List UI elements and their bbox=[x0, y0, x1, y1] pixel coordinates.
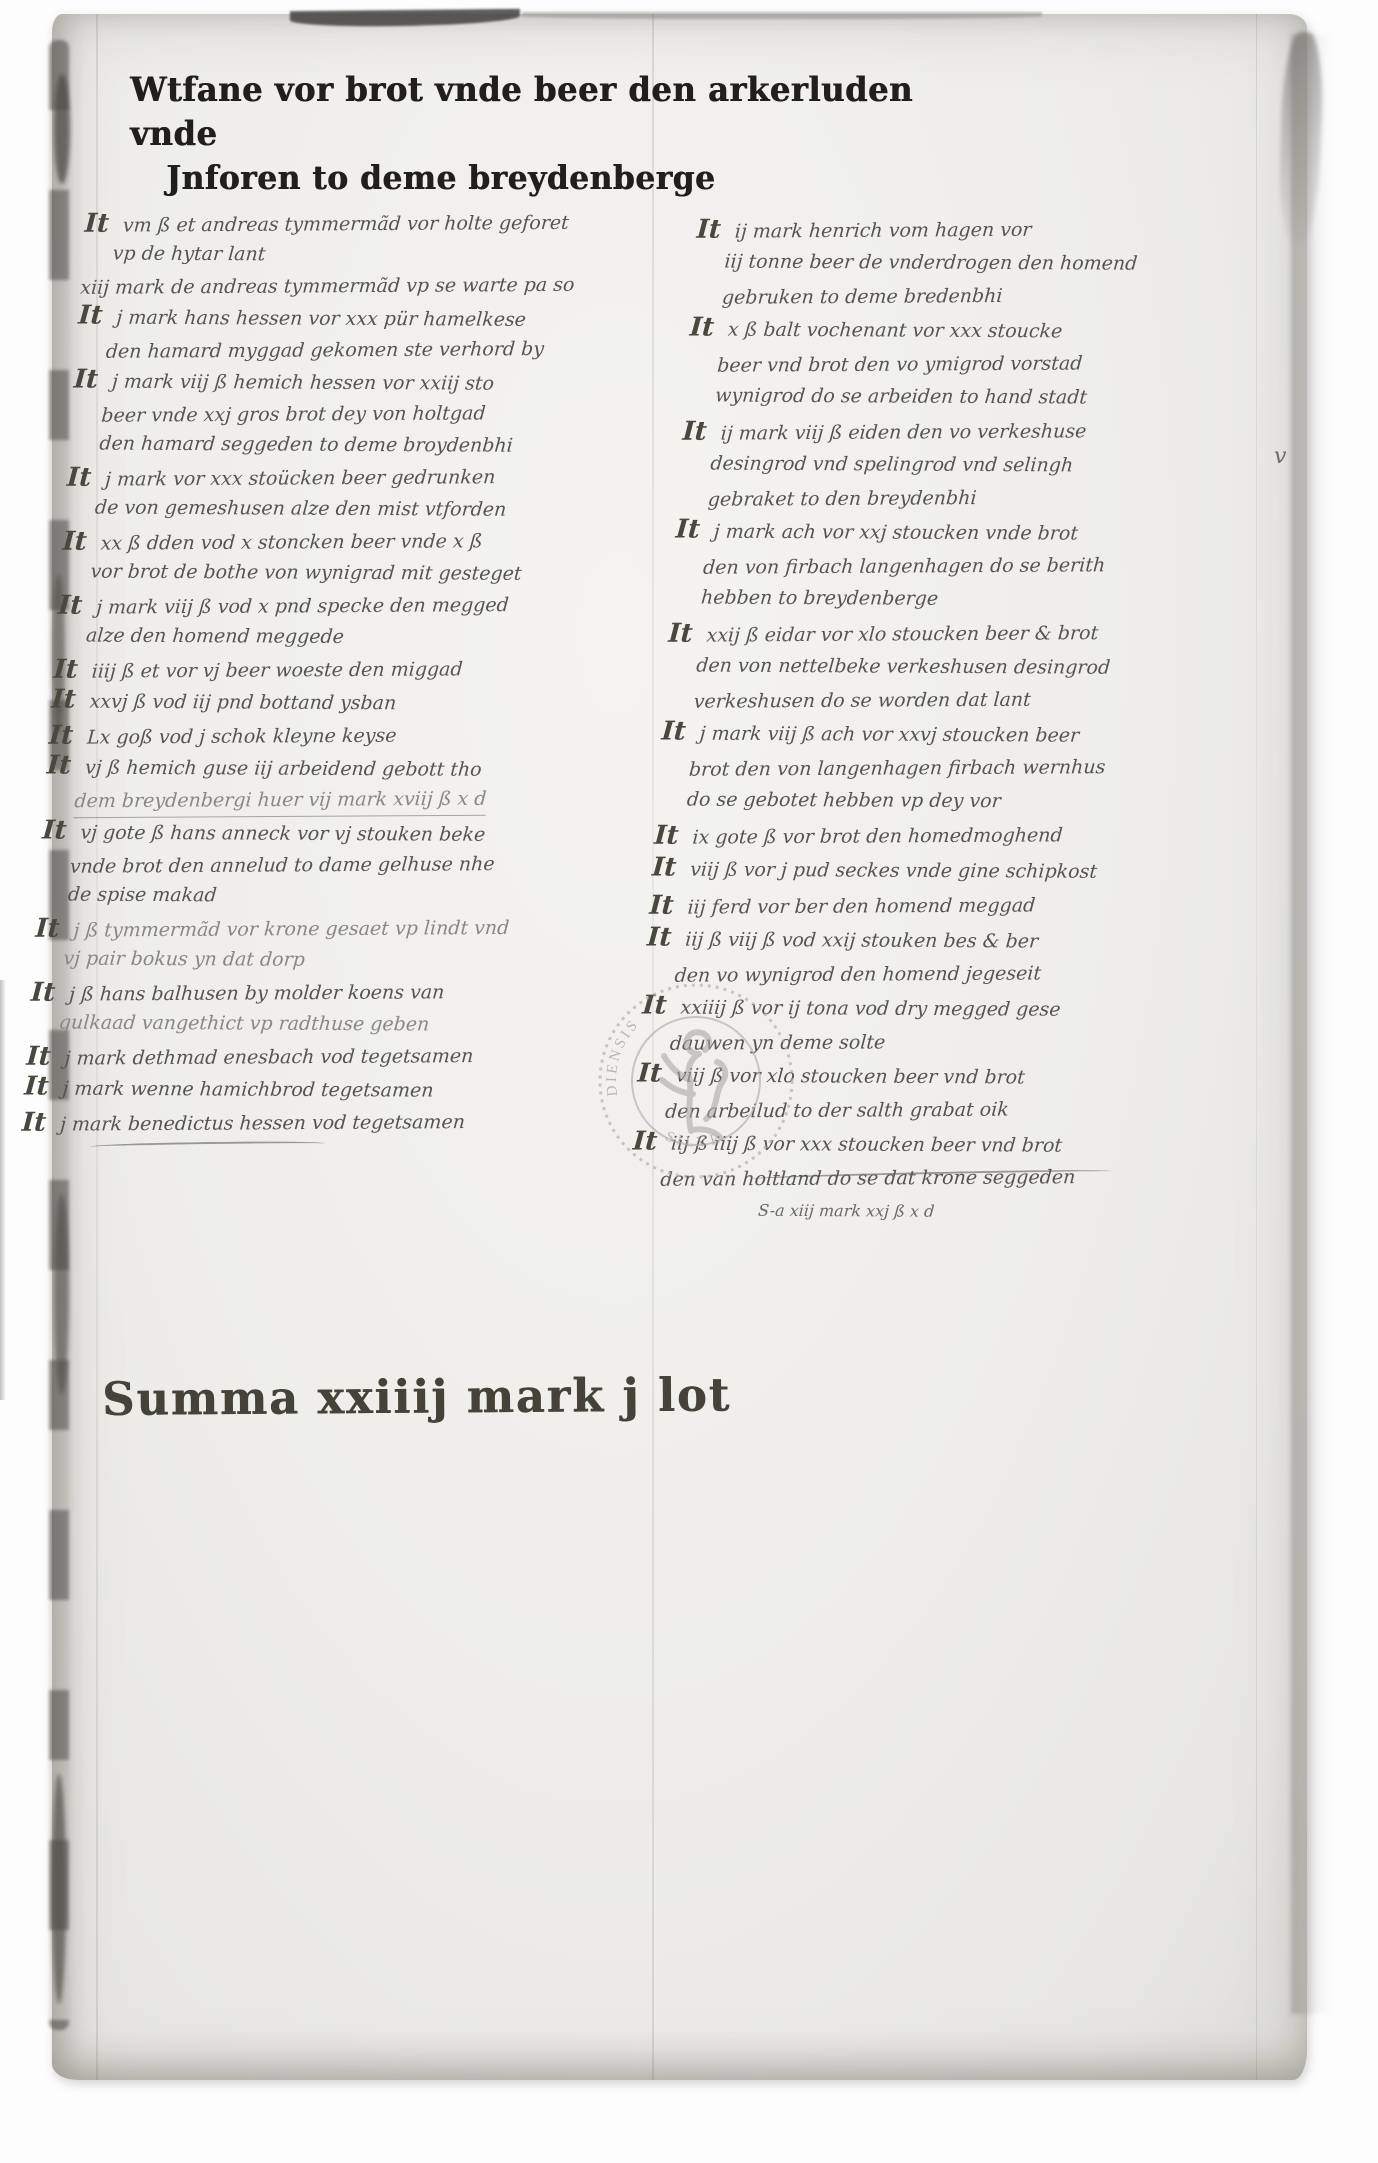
paraph-mark: It bbox=[57, 591, 92, 621]
paraph-mark: It bbox=[661, 716, 696, 746]
manuscript-page: Wtfane vor brot vnde beer den arkerluden… bbox=[52, 14, 1307, 2080]
paraph-mark: It bbox=[48, 721, 83, 751]
account-entry-line: It j ß tymmermãd vor krone gesaet vp lin… bbox=[34, 910, 626, 947]
paraph-mark: It bbox=[46, 750, 81, 780]
account-entry-line: It vm ß et andreas tymmermãd vor holte g… bbox=[84, 205, 676, 242]
account-entry-line: It vj gote ß hans anneck vor vj stouken … bbox=[41, 815, 633, 851]
torn-edge-blob bbox=[54, 74, 70, 184]
account-entry-line: beer vnde xxj gros brot dey von holtgad bbox=[100, 397, 662, 431]
archive-stamp-graphic: DIENSIS SILVE bbox=[596, 981, 796, 1181]
account-entry-line: gebraket to den breydenbhi bbox=[707, 480, 1269, 516]
account-entry-line: It j mark hans hessen vor xxx pür hamelk… bbox=[77, 300, 669, 336]
account-entry-line: den von nettelbeke verkeshusen desingrod bbox=[695, 650, 1257, 686]
torn-edge-top bbox=[290, 9, 520, 27]
heading-line-1: Wtfane vor brot vnde beer den arkerluden… bbox=[130, 68, 928, 156]
account-entry-line: xiij mark de andreas tymmermãd vp se war… bbox=[79, 269, 671, 304]
paraph-mark: It bbox=[696, 215, 731, 245]
paraph-mark: It bbox=[84, 209, 119, 239]
account-entry-line: It iij ß viij ß vod xxij stouken bes & b… bbox=[646, 921, 1238, 959]
paraph-mark: It bbox=[649, 891, 684, 921]
margin-mark: v bbox=[1274, 444, 1286, 469]
account-entry-line: It j mark viij ß ach vor xxvj stoucken b… bbox=[660, 715, 1252, 753]
account-entry-line: It ij mark henrich vom hagen vor bbox=[696, 210, 1288, 249]
paraph-mark: It bbox=[50, 684, 85, 714]
account-entry-line: desingrod vnd spelingrod vnd selingh bbox=[709, 448, 1271, 484]
paraph-mark: It bbox=[651, 852, 686, 882]
paraph-mark: It bbox=[682, 417, 717, 447]
account-entry-line: It j mark viij ß vod x pnd specke den me… bbox=[57, 587, 649, 624]
account-entry-line: den von firbach langenhagen do se berith bbox=[702, 548, 1264, 584]
account-entry-line: wynigrod do se arbeiden to hand stadt bbox=[714, 380, 1276, 416]
paraph-mark: It bbox=[675, 514, 710, 544]
account-column-left: It vm ß et andreas tymmermãd vor holte g… bbox=[21, 207, 676, 1139]
heading-line-2: Jnforen to deme breydenberge bbox=[166, 156, 928, 200]
paraph-mark: It bbox=[21, 1108, 56, 1138]
account-entry-line: It xxij ß eidar vor xlo stoucken beer & … bbox=[667, 614, 1259, 653]
account-entry-line: It iiij ß et vor vj beer woeste den migg… bbox=[52, 651, 644, 688]
archive-stamp: DIENSIS SILVE bbox=[596, 981, 796, 1181]
account-entry-line: brot den von langenhagen firbach wernhus bbox=[688, 750, 1250, 786]
account-entry-line: It j mark dethmad enesbach vod tegetsame… bbox=[25, 1038, 617, 1075]
account-entry-line: It ix gote ß vor brot den homedmoghend bbox=[653, 816, 1245, 855]
torn-edge-blob bbox=[52, 1774, 66, 2004]
account-entry-line: It xx ß dden vod x stoncken beer vnde x … bbox=[61, 523, 653, 560]
paraph-mark: It bbox=[30, 978, 65, 1008]
account-entry-line: It vj ß hemich guse iij arbeidend gebott… bbox=[46, 750, 638, 786]
account-entry-line: alze den homend meggede bbox=[85, 621, 647, 655]
page-heading: Wtfane vor brot vnde beer den arkerluden… bbox=[130, 68, 928, 200]
account-entry-line: hebben to breydenberge bbox=[700, 582, 1262, 618]
torn-edge-top-shadow bbox=[522, 12, 1042, 19]
account-entry-line: dem breydenbergi huer vij mark xviij ß x… bbox=[73, 784, 487, 819]
account-entry-line: den hamard seggeden to deme broydenbhi bbox=[98, 429, 660, 463]
account-entry-line: It iij ferd vor ber den homend meggad bbox=[648, 886, 1240, 925]
account-entry-line: vp de hytar lant bbox=[112, 239, 674, 273]
stamp-inner-ring bbox=[632, 1017, 760, 1145]
account-entry-line: It Lx goß vod j schok kleyne keyse bbox=[48, 717, 640, 754]
paraph-mark: It bbox=[689, 312, 724, 342]
account-entry-line: It j mark ach vor xxj stoucken vnde brot bbox=[674, 513, 1266, 551]
paraph-mark: It bbox=[646, 922, 681, 952]
account-entry-line: vor brot de bothe von wynigrad mit geste… bbox=[89, 557, 651, 591]
paraph-mark: It bbox=[41, 815, 76, 845]
account-entry-line: gulkaad vangethict vp radthuse geben bbox=[58, 1008, 620, 1042]
account-entry-line: do se gebotet hebben vp dey vor bbox=[686, 784, 1248, 820]
account-entry-line: verkeshusen do se worden dat lant bbox=[693, 682, 1255, 718]
account-entry-line: gebruken to deme bredenbhi bbox=[721, 278, 1283, 314]
page-right-shadow bbox=[1291, 34, 1333, 2014]
paraph-mark: It bbox=[668, 619, 703, 649]
account-entry-line: It j mark benedictus hessen vod tegetsam… bbox=[21, 1104, 613, 1141]
account-entry-line: iij tonne beer de vnderdrogen den homend bbox=[723, 246, 1285, 282]
scan-edge-streak bbox=[0, 980, 6, 1400]
account-entry-line: It ij mark viij ß eiden den vo verkeshus… bbox=[681, 412, 1273, 451]
account-entry-line: S-a xiij mark xxj ß x d bbox=[757, 1194, 1219, 1229]
account-entry-line: It xxvj ß vod iij pnd bottand ysban bbox=[50, 684, 642, 720]
account-entry-line: It j mark wenne hamichbrod tegetsamen bbox=[23, 1071, 615, 1107]
account-entry-line: It j ß hans balhusen by molder koens van bbox=[30, 974, 622, 1011]
account-entry-line: It x ß balt vochenant vor xxx stoucke bbox=[689, 311, 1281, 349]
rampant-lion-icon bbox=[662, 1032, 725, 1137]
account-entry-line: vnde brot den annelud to dame gelhuse nh… bbox=[69, 848, 631, 882]
paraph-mark: It bbox=[66, 463, 101, 493]
summa-total-line: Summa xxiiij mark j lot bbox=[102, 1367, 731, 1426]
paraph-mark: It bbox=[62, 527, 97, 557]
paraph-mark: It bbox=[73, 364, 108, 394]
account-entry-line: It j mark viij ß hemich hessen vor xxiij… bbox=[73, 364, 665, 400]
paraph-mark: It bbox=[77, 300, 112, 330]
torn-edge-blob bbox=[54, 1194, 69, 1394]
account-entry-line: It viij ß vor j pud seckes vnde gine sch… bbox=[651, 851, 1243, 889]
paraph-mark: It bbox=[35, 914, 70, 944]
account-entry-line: It j mark vor xxx stoücken beer gedrunke… bbox=[66, 459, 658, 496]
account-entry-line: beer vnd brot den vo ymigrod vorstad bbox=[716, 346, 1278, 382]
account-entry-line: de spise makad bbox=[67, 880, 629, 914]
paraph-mark: It bbox=[26, 1042, 61, 1072]
paraph-mark: It bbox=[53, 655, 88, 685]
paraph-mark: It bbox=[653, 821, 688, 851]
account-entry-line: de von gemeshusen alze den mist vtforden bbox=[94, 493, 656, 527]
account-entry-line: den hamard myggad gekomen ste verhord by bbox=[105, 333, 667, 367]
paraph-mark: It bbox=[23, 1071, 58, 1101]
account-entry-line: vj pair bokus yn dat dorp bbox=[62, 944, 624, 978]
flourish-underline bbox=[90, 1140, 325, 1149]
